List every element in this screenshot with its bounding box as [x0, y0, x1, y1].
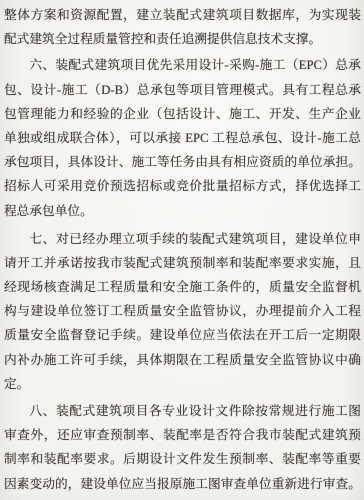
text-line: 内补办施工许可手续，具体期限在工程质量安全监管协议中确 [4, 348, 361, 372]
text-line: 配式建筑全过程质量管控和责任追溯提供信息技术支撑。 [4, 27, 361, 51]
text-line: 经现场核查满足工程质量和安全施工条件的，质量安全监督机 [4, 275, 361, 299]
paragraph-item-7: 七、对已经办理立项手续的装配式建筑项目，建设单位申 请开工并承诺按我市装配式建筑… [4, 227, 361, 396]
text-line: 构与建设单位签订工程质量安全监管协议，办理提前介入工程 [4, 299, 361, 323]
text-line: 包管理能力和经验的企业（包括设计、施工、开发、生产企业 [4, 102, 361, 126]
paragraph-item-8: 八、装配式建筑项目各专业设计文件除按常规进行施工图 审查外，还应审查预制率、装配… [4, 399, 361, 496]
text-line: 单独或组成联合体），可以承接 EPC 工程总承包、设计-施工总 [4, 126, 361, 150]
text-line: 质量安全监督登记手续。建设单位应当依法在开工后一定期限 [4, 323, 361, 347]
text-line: 因素变动的，建设单位应当报原施工图审查单位重新进行审查。 [4, 472, 361, 496]
text-line: 招标人可采用竞价预选招标或竞价批量招标方式，择优选择工 [4, 174, 361, 198]
text-line: 包、设计-施工（D-B）总承包等项目管理模式。具有工程总承 [4, 78, 361, 102]
paragraph-item-6: 六、装配式建筑项目优先采用设计-采购-施工（EPC）总承 包、设计-施工（D-B… [4, 53, 361, 222]
text-line: 审查外，还应审查预制率、装配率是否符合我市装配式建筑预 [4, 423, 361, 447]
text-line: 请开工并承诺按我市装配式建筑预制率和装配率要求实施，且 [4, 251, 361, 275]
text-line: 七、对已经办理立项手续的装配式建筑项目，建设单位申 [4, 227, 361, 251]
document-page: 整体方案和资源配置，建立装配式建筑项目数据库，为实现装 配式建筑全过程质量管控和… [0, 0, 364, 496]
text-line: 程总承包单位。 [4, 199, 361, 223]
text-line: 定。 [4, 372, 361, 396]
text-line: 制率和装配率要求。后期设计文件发生预制率、装配率等重要 [4, 447, 361, 471]
paragraph-continuation: 整体方案和资源配置，建立装配式建筑项目数据库，为实现装 配式建筑全过程质量管控和… [4, 3, 361, 51]
text-line: 八、装配式建筑项目各专业设计文件除按常规进行施工图 [4, 399, 361, 423]
text-line: 承包项目，具体设计、施工等任务由具有相应资质的单位承担。 [4, 150, 361, 174]
text-line: 六、装配式建筑项目优先采用设计-采购-施工（EPC）总承 [4, 53, 361, 77]
text-line: 整体方案和资源配置，建立装配式建筑项目数据库，为实现装 [4, 3, 361, 27]
